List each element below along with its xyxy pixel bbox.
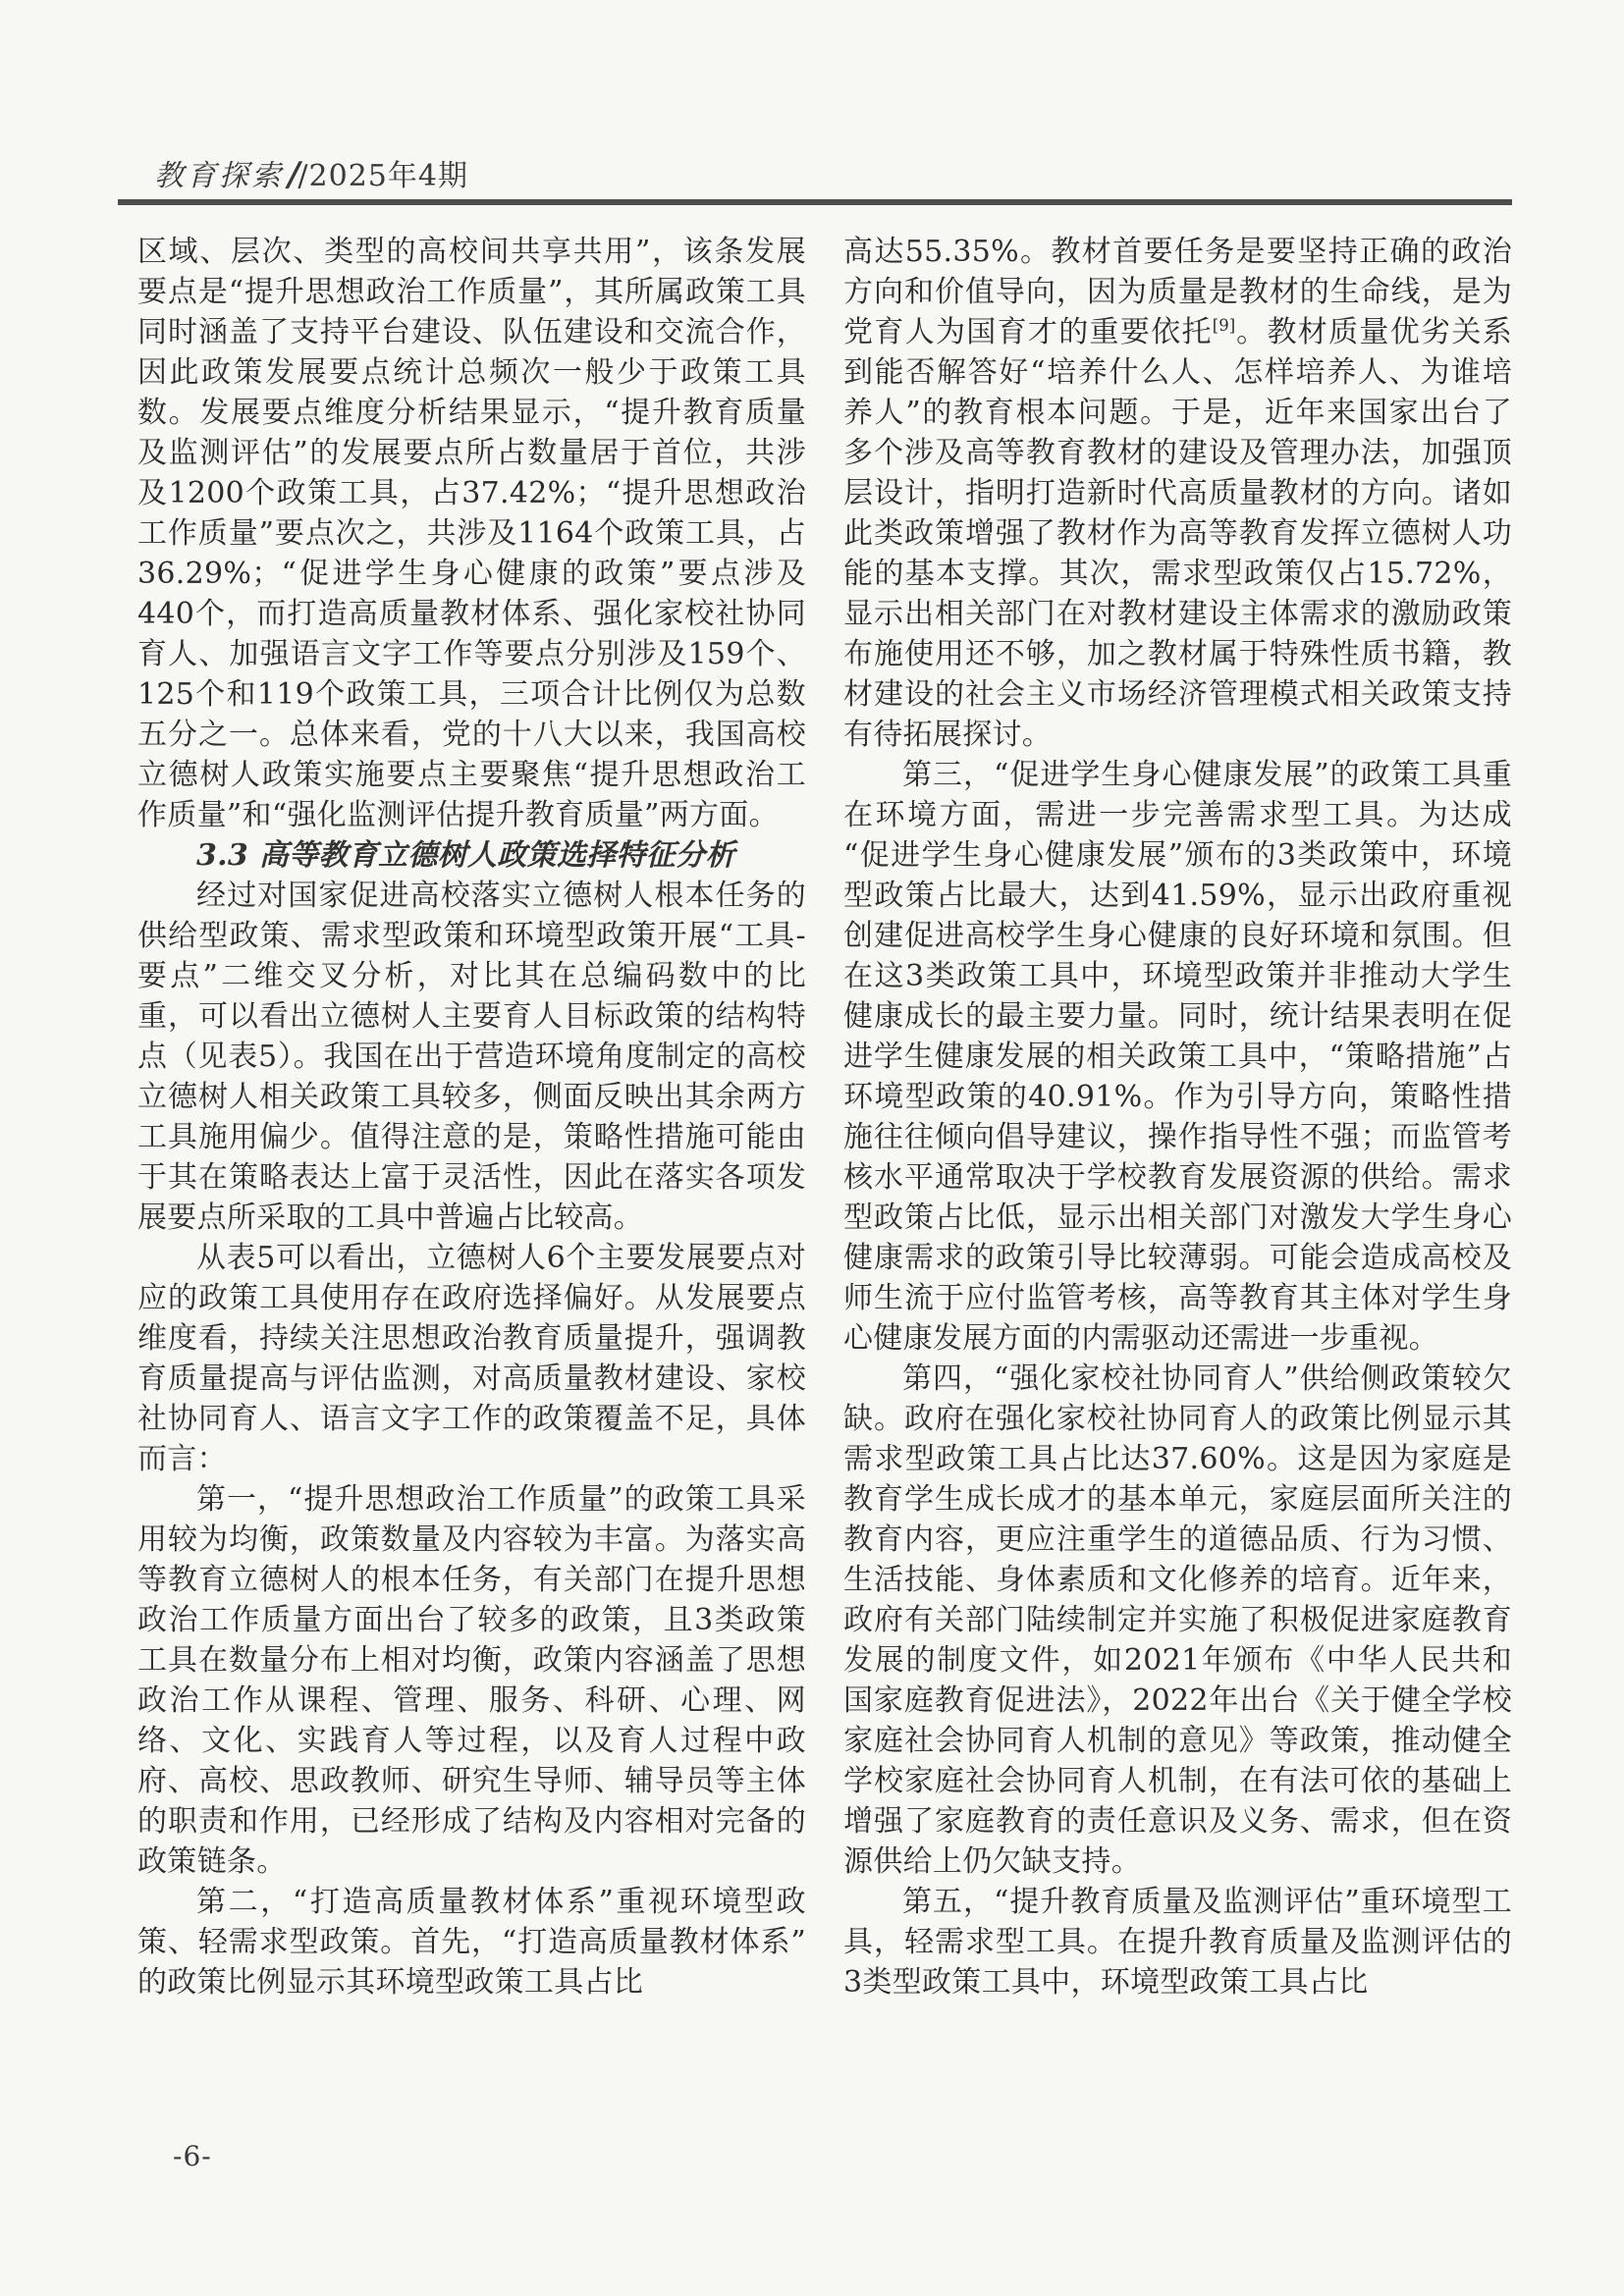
article-body: 区域、层次、类型的高校间共享共用”，该条发展要点是“提升思想政治工作质量”，其所… xyxy=(137,232,1512,2002)
citation-marker-9: [9] xyxy=(1213,316,1235,335)
journal-page: 教育探索//2025年4期 区域、层次、类型的高校间共享共用”，该条发展要点是“… xyxy=(0,0,1624,2296)
issue-label: /2025年4期 xyxy=(298,159,468,193)
paragraph-text: 。教材质量优劣关系到能否解答好“培养什么人、怎样培养人、为谁培养人”的教育根本问… xyxy=(843,315,1512,752)
paragraph: 经过对国家促进高校落实立德树人根本任务的供给型政策、需求型政策和环境型政策开展“… xyxy=(137,876,806,1238)
paragraph: 从表5可以看出，立德树人6个主要发展要点对应的政策工具使用存在政府选择偏好。从发… xyxy=(137,1238,806,1479)
paragraph: 第三，“促进学生身心健康发展”的政策工具重在环境方面，需进一步完善需求型工具。为… xyxy=(843,755,1512,1359)
paragraph: 第二，“打造高质量教材体系”重视环境型政策、轻需求型政策。首先，“打造高质量教材… xyxy=(137,1882,806,2002)
section-heading-3-3: 3.3 高等教育立德树人政策选择特征分析 xyxy=(137,835,806,876)
paragraph: 第一，“提升思想政治工作质量”的政策工具采用较为均衡，政策数量及内容较为丰富。为… xyxy=(137,1479,806,1882)
slash-mark: / xyxy=(288,155,298,194)
page-footer: -6- xyxy=(173,2140,212,2172)
left-column: 区域、层次、类型的高校间共享共用”，该条发展要点是“提升思想政治工作质量”，其所… xyxy=(137,232,806,2002)
header-rule xyxy=(118,199,1512,205)
journal-title: 教育探索 xyxy=(154,159,284,193)
paragraph: 第四，“强化家校社协同育人”供给侧政策较欠缺。政府在强化家校社协同育人的政策比例… xyxy=(843,1359,1512,1882)
paragraph-continuation: 高达55.35%。教材首要任务是要坚持正确的政治方向和价值导向，因为质量是教材的… xyxy=(843,232,1512,755)
running-head: 教育探索//2025年4期 xyxy=(154,157,468,194)
paragraph-continuation: 区域、层次、类型的高校间共享共用”，该条发展要点是“提升思想政治工作质量”，其所… xyxy=(137,232,806,835)
right-column: 高达55.35%。教材首要任务是要坚持正确的政治方向和价值导向，因为质量是教材的… xyxy=(843,232,1512,2002)
paragraph: 第五，“提升教育质量及监测评估”重环境型工具，轻需求型工具。在提升教育质量及监测… xyxy=(843,1882,1512,2002)
page-number: -6- xyxy=(173,2140,212,2172)
